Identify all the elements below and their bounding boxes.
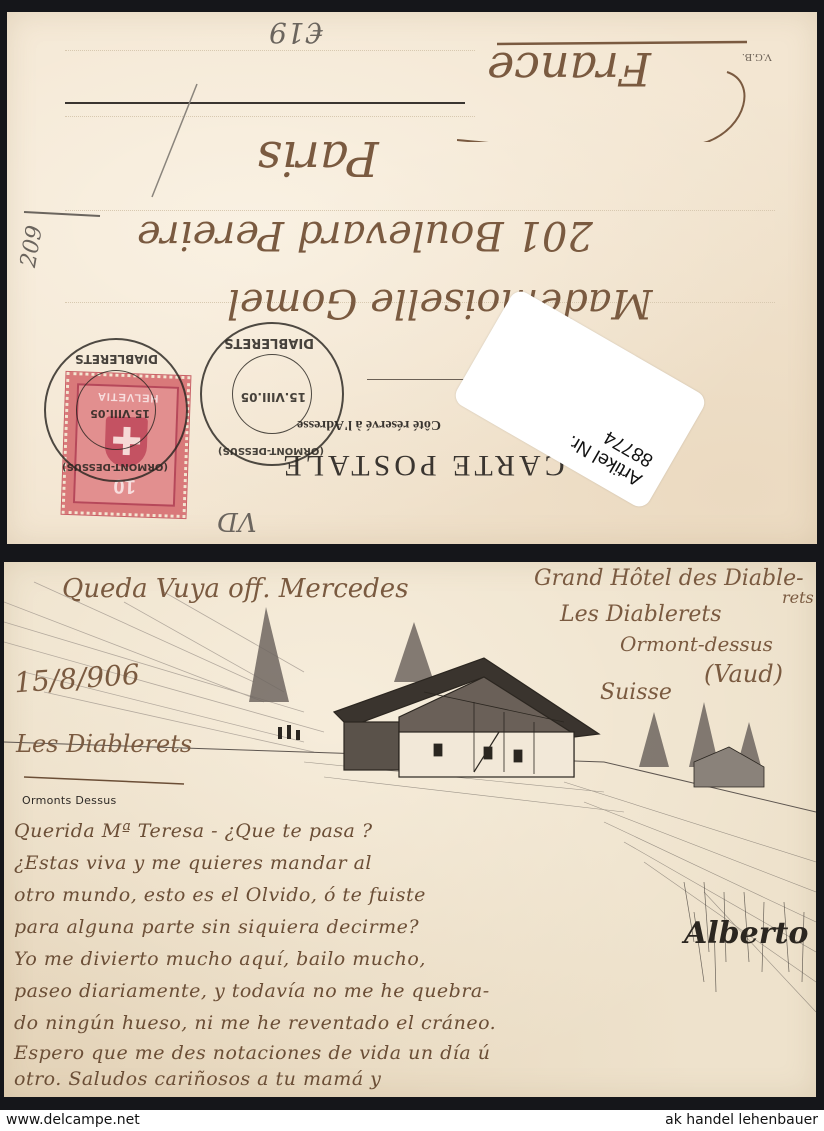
postmark-town: DIABLERETS [75, 352, 158, 366]
sender-address-line: (Vaud) [704, 660, 783, 688]
message-line: otro. Saludos cariñosos a tu mamá y [14, 1068, 381, 1090]
address-line [65, 210, 775, 211]
pencil-note-left: 209 [16, 224, 48, 270]
handwritten-greeting-header: Queda Vuya off. Mercedes [62, 574, 409, 604]
pencil-dash [22, 202, 102, 222]
scanned-postcards: V.G.B. CARTE POSTALE Côté réservé à l'Ad… [0, 0, 824, 1110]
illustration-caption: Ormonts Dessus [22, 794, 117, 807]
postmark-diablerets: 15.VIII.05 (ORMONT-DESSUS) DIABLERETS [200, 322, 344, 466]
address-line [65, 50, 475, 51]
message-line: ¿Estas viva y me quieres mandar al [14, 852, 372, 874]
postmark-date: 15.VIII.05 [241, 390, 306, 404]
sender-address-line: Ormont-dessus [620, 632, 773, 656]
sender-address-line: rets [782, 588, 814, 607]
message-line: Yo me divierto mucho aquí, bailo mucho, [14, 948, 426, 970]
message-line: do ningún hueso, ni me he reventado el c… [14, 1012, 496, 1034]
postmark-on-stamp: 15.VIII.05 (ORMONT-DESSUS) DIABLERETS [44, 338, 188, 482]
address-line [65, 116, 475, 117]
message-line: para alguna parte sin siquiera decirme? [14, 916, 419, 938]
address-rule [367, 379, 467, 380]
postmark-district: (ORMONT-DESSUS) [62, 461, 168, 472]
footer-site-link[interactable]: www.delcampe.net [6, 1112, 140, 1128]
handwritten-recipient: Mademoiselle Gomel [227, 280, 653, 326]
postmark-town: DIABLERETS [224, 335, 314, 350]
handwriting-flourish [457, 32, 757, 142]
message-line: Querida Mª Teresa - ¿Que te pasa ? [14, 820, 373, 842]
message-line: paseo diariamente, y todavía no me he qu… [14, 980, 490, 1002]
pencil-slash [142, 82, 202, 202]
footer-bar: www.delcampe.net ak handel lehenbauer [0, 1110, 824, 1131]
pencil-note-canton: VD [217, 506, 257, 536]
postcard-back: V.G.B. CARTE POSTALE Côté réservé à l'Ad… [7, 12, 817, 544]
handwritten-street: 201 Boulevard Pereire [137, 212, 593, 258]
handwritten-city: Paris [257, 130, 379, 186]
sender-address-line: Grand Hôtel des Diable- [534, 566, 804, 591]
sender-address-line: Les Diablerets [560, 602, 722, 627]
pencil-note-price: €19 [269, 16, 322, 49]
postmark-date: 15.VIII.05 [90, 407, 150, 420]
postcard-front: Ormonts Dessus Queda Vuya off. Mercedes … [4, 562, 816, 1097]
footer-seller-name: ak handel lehenbauer [665, 1112, 818, 1128]
sender-address-line: Suisse [600, 680, 672, 705]
handwritten-place: Les Diablerets [16, 730, 192, 758]
message-line: otro mundo, esto es el Olvido, ó te fuis… [14, 884, 426, 906]
postmark-district: (ORMONT-DESSUS) [218, 445, 324, 456]
signature: Alberto [684, 916, 808, 951]
address-rule [65, 102, 465, 104]
message-line: Espero que me des notaciones de vida un … [14, 1042, 490, 1064]
